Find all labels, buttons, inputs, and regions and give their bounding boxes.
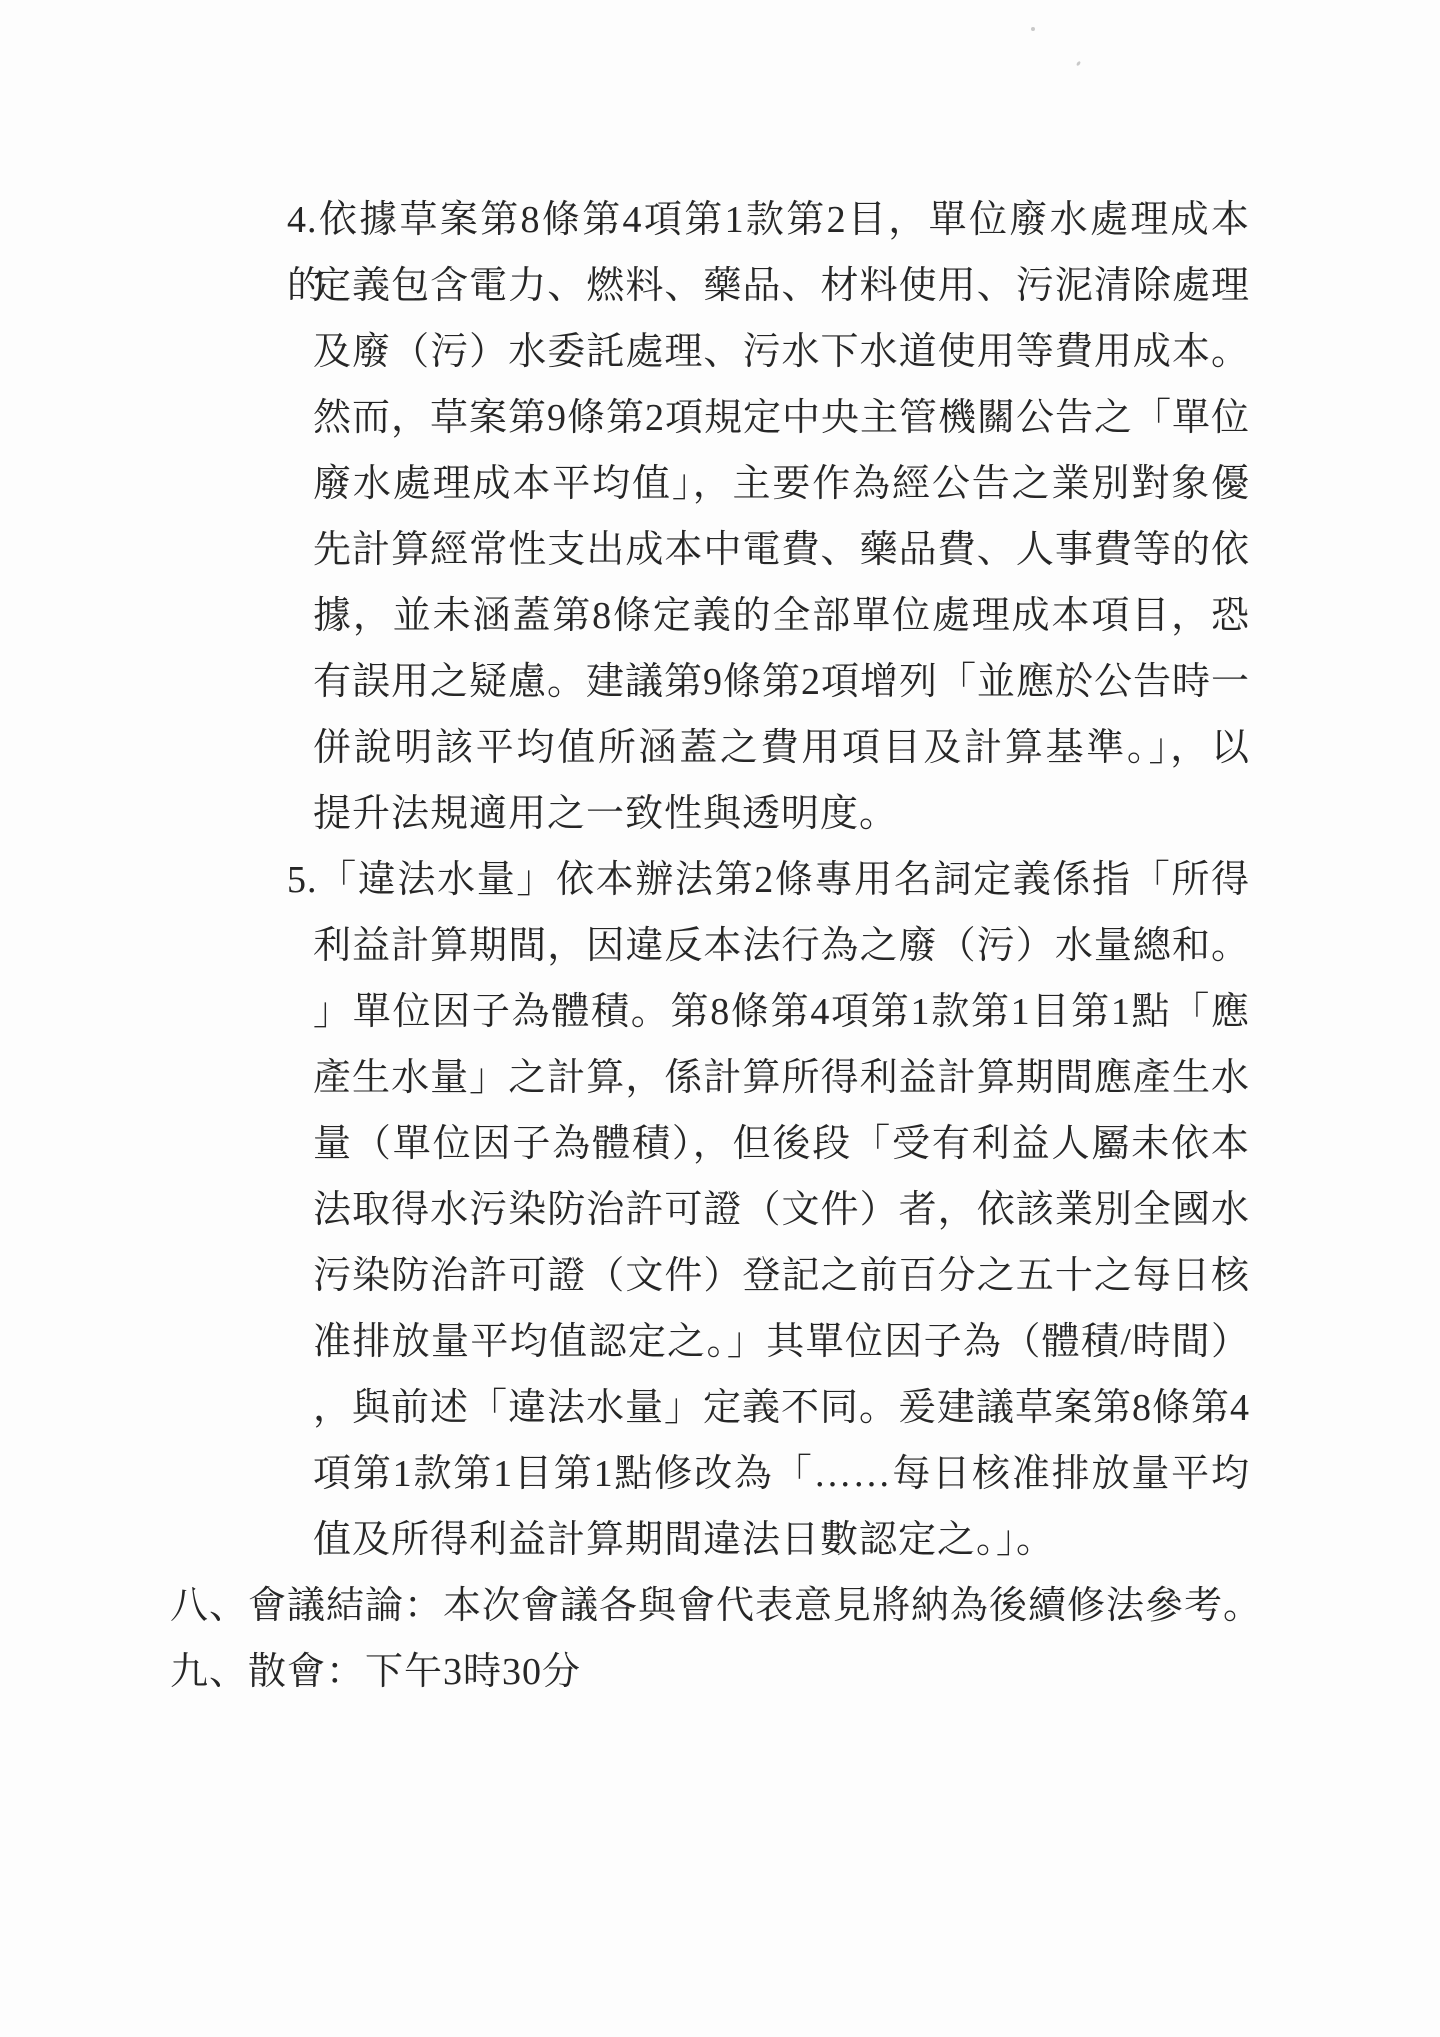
item-number: 4. [287,199,318,241]
text-line: 污染防治許可證（文件）登記之前百分之五十之每日核 [313,1243,1250,1309]
text-line: 然而，草案第9條第2項規定中央主管機關公告之「單位 [313,385,1250,451]
meeting-conclusion-line: 八、會議結論：本次會議各與會代表意見將納為後續修法參考。 [170,1573,1370,1639]
list-item-4: 4.依據草案第8條第4項第1款第2目，單位廢水處理成本的 定義包含電力、燃料、藥… [287,187,1250,847]
text-line: 先計算經常性支出成本中電費、藥品費、人事費等的依 [313,517,1250,583]
text-line: 提升法規適用之一致性與透明度。 [313,781,1250,847]
text-line: 據，並未涵蓋第8條定義的全部單位處理成本項目，恐 [313,583,1250,649]
scan-speck [1031,27,1035,31]
text-line: 有誤用之疑慮。建議第9條第2項增列「並應於公告時一 [313,649,1250,715]
text-line: 產生水量」之計算，係計算所得利益計算期間應產生水 [313,1045,1250,1111]
text-line: 併說明該平均值所涵蓋之費用項目及計算基準。」，以 [313,715,1250,781]
text-line: 量（單位因子為體積），但後段「受有利益人屬未依本 [313,1111,1250,1177]
text-line: 及廢（污）水委託處理、污水下水道使用等費用成本。 [313,319,1250,385]
text-line: 項第1款第1目第1點修改為「……每日核准排放量平均 [313,1441,1250,1507]
text-line: 5.「違法水量」依本辦法第2條專用名詞定義係指「所得 [287,847,1250,913]
text-line: 利益計算期間，因違反本法行為之廢（污）水量總和。 [313,913,1250,979]
scan-speck [1076,61,1081,67]
adjournment-line: 九、散會：下午3時30分 [170,1639,1370,1705]
text-line: 准排放量平均值認定之。」其單位因子為（體積/時間） [313,1309,1250,1375]
text-line: 值及所得利益計算期間違法日數認定之。」。 [313,1507,1250,1573]
text-line: 」單位因子為體積。第8條第4項第1款第1目第1點「應 [313,979,1250,1045]
text-line: 法取得水污染防治許可證（文件）者，依該業別全國水 [313,1177,1250,1243]
text-line: 廢水處理成本平均值」，主要作為經公告之業別對象優 [313,451,1250,517]
text-line: 定義包含電力、燃料、藥品、材料使用、污泥清除處理 [313,253,1250,319]
text-line-content: 「違法水量」依本辦法第2條專用名詞定義係指「所得 [318,859,1251,901]
item-number: 5. [287,859,318,901]
text-line: 4.依據草案第8條第4項第1款第2目，單位廢水處理成本的 [287,187,1250,253]
closing-section: 八、會議結論：本次會議各與會代表意見將納為後續修法參考。 九、散會：下午3時30… [170,1573,1370,1705]
list-item-5: 5.「違法水量」依本辦法第2條專用名詞定義係指「所得 利益計算期間，因違反本法行… [287,847,1250,1573]
text-line: ，與前述「違法水量」定義不同。爰建議草案第8條第4 [313,1375,1250,1441]
scanned-document-page: 4.依據草案第8條第4項第1款第2目，單位廢水處理成本的 定義包含電力、燃料、藥… [0,0,1440,2037]
